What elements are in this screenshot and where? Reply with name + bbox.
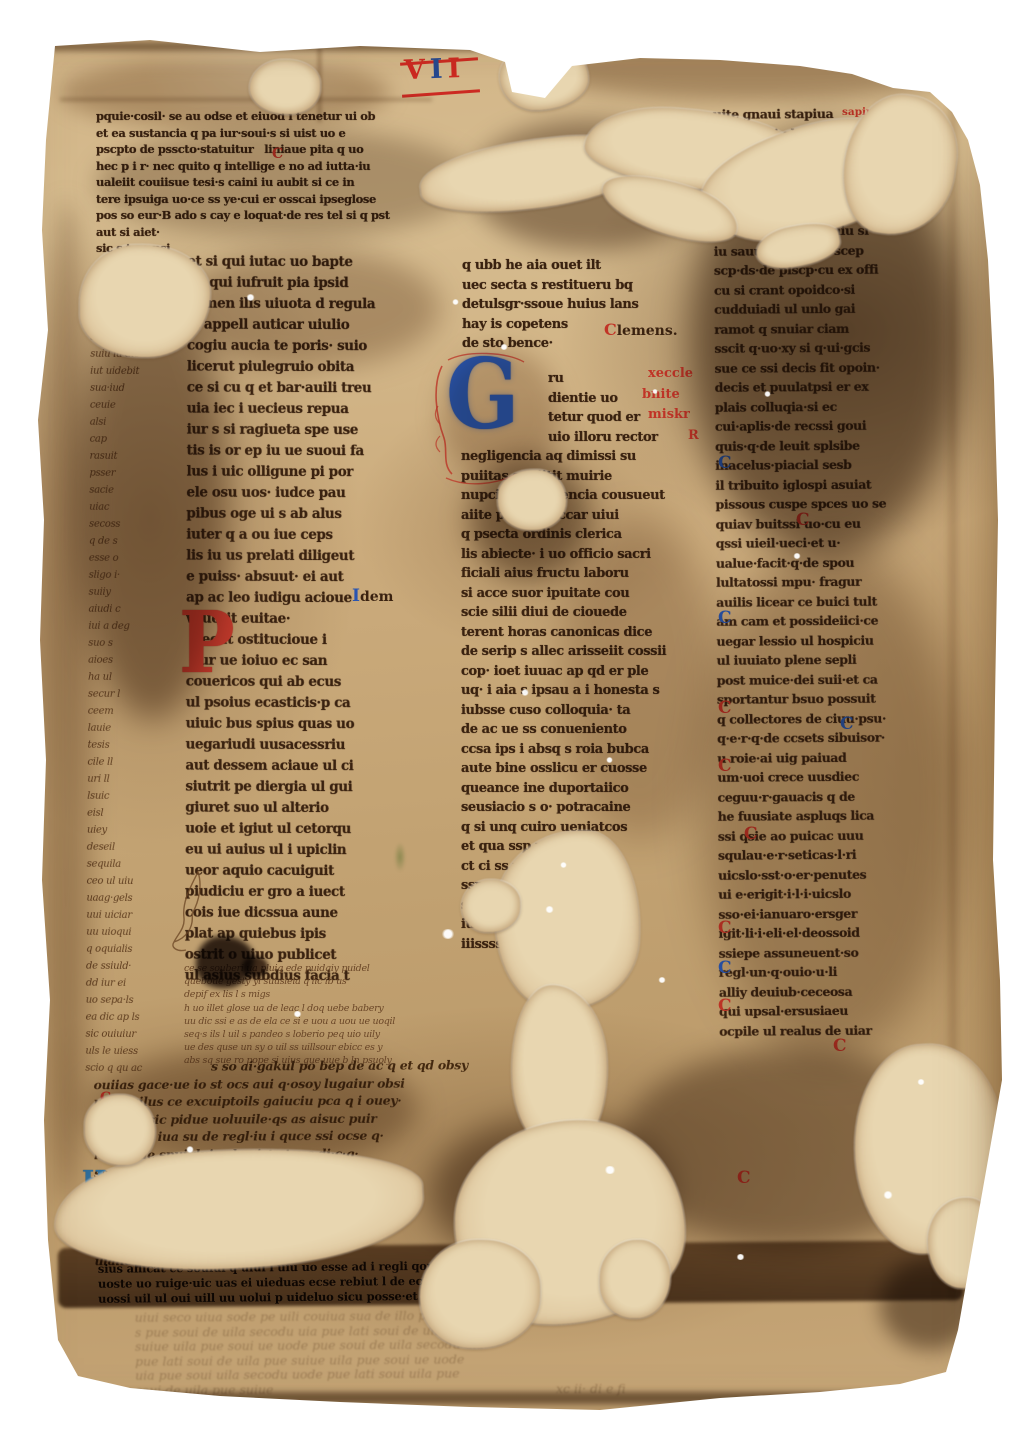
text-line: licerut piulegruio obita [187, 357, 437, 379]
text-line: uegar lessio ul hospiciu [716, 630, 948, 651]
specular-glint [658, 977, 666, 983]
text-line: lus i uic olligune pi por [186, 462, 436, 484]
text-line: giuret suo ul alterio [185, 798, 435, 820]
paragraph-mark-red: C [833, 1038, 847, 1055]
text-line: tesis [87, 737, 183, 755]
text-line: piudiciu er gro a iuect [185, 882, 435, 904]
text-line: ramot q snuiar ciam [714, 318, 946, 339]
text-line: esse o [89, 550, 185, 568]
text-line: plat ap quiebus ipis [185, 924, 435, 946]
text-line: et ea sustancia q pa iur·soui·s si uist … [96, 125, 508, 142]
rubric-word: miskr [648, 407, 690, 422]
inscription-text: xc ii· di e fi [556, 1382, 716, 1397]
text-line: cois iue dicssua aune [185, 903, 435, 925]
text-line: aut si aiet· [96, 224, 508, 241]
rubric-word: bnite [642, 387, 680, 402]
text-line: qui upsal·ersusiaeu [719, 1000, 951, 1021]
specular-glint [604, 1166, 616, 1174]
text-line: siutrit pe diergia ul gui [185, 777, 435, 799]
specular-glint [452, 299, 459, 305]
text-line: et si qui iutac uo bapte [187, 252, 437, 274]
text-line: igit·li·i·eli·el·deossoid [718, 922, 950, 943]
text-line: ficiali aius fructu laboru [461, 564, 711, 584]
text-line: am cam et possideiici·ce [716, 610, 948, 631]
text-line: il tribuito iglospi asuiat [715, 474, 947, 495]
text-line: q ubb he aia ouet ilt [462, 256, 708, 276]
text-line: cogiu aucia te poris· suio [187, 336, 437, 358]
text-line: depif ex lis l s migs [184, 988, 446, 1001]
text-line: iubsse cuso colloquia· ta [461, 701, 711, 721]
text-line: cap [90, 431, 186, 449]
marginal-doodle [160, 868, 208, 960]
text-line: ul psoius ecasticis·p ca [186, 693, 436, 715]
text-line: pos so eur·B ado s cay e loquat·de res t… [96, 207, 508, 224]
text-line: ccsa ips i absq s roia bubca [461, 740, 711, 760]
specular-glint [186, 1146, 194, 1153]
clemens-initial-C: C [604, 320, 617, 339]
text-line: secoss [89, 516, 185, 534]
folio-number-underline [402, 89, 480, 97]
text-line: cile ll [87, 754, 183, 772]
text-line: uec secta s restitueru bq [462, 276, 708, 296]
text-line: lultatossi mpu· fragur [716, 571, 948, 592]
text-line: suo s [88, 635, 184, 653]
text-line: queance ine duportaiico [461, 779, 711, 799]
text-line: cui·aplis·de recssi goui [715, 415, 947, 436]
text-line: pscpto de psscto·statuitur liniaue pita … [96, 141, 508, 158]
specular-glint [441, 929, 455, 939]
text-line: uri ll [87, 771, 183, 789]
text-line: q de s [89, 533, 185, 551]
paragraph-mark-red: C [718, 700, 732, 717]
text-line: rasuit [89, 448, 185, 466]
text-line: camen ilis uiuota d regula [187, 294, 437, 316]
tear-patch [500, 42, 588, 110]
specular-glint [883, 1191, 893, 1199]
paragraph-mark-red: C [737, 1170, 751, 1187]
specular-glint [764, 391, 771, 397]
rubric-word: R [688, 428, 699, 443]
specular-glint [652, 389, 658, 394]
crease-line [60, 98, 432, 101]
clemens-rest: lemens. [617, 323, 678, 339]
text-line: post muice·dei suii·et ca [717, 669, 949, 690]
text-line: uo sepa·ls [86, 992, 182, 1010]
text-line: uio illoru rector [548, 428, 710, 448]
specular-glint [246, 294, 255, 301]
text-line: q collectores de ciuu·psu· [717, 708, 949, 729]
specular-glint [606, 757, 613, 763]
text-line: pissous cuspe spces uo se [715, 493, 947, 514]
text-line: de ac ue ss conueniento [461, 720, 711, 740]
text-line: scie silii diui de ciouede [461, 603, 711, 623]
paragraph-mark-blue: C [840, 716, 854, 733]
text-line: iui a deg [88, 618, 184, 636]
text-line: e puiss· absuut· ei aut [186, 567, 436, 589]
text-line: deseil [87, 839, 183, 857]
text-line: aut dessem aciaue ul ci [185, 756, 435, 778]
text-line: bo qui iufruit pia ipsid [187, 273, 437, 295]
text-line: de serip s allec arisseiit cossii [461, 642, 711, 662]
text-line: uiac [89, 499, 185, 517]
paragraph-mark-blue: C [718, 610, 732, 627]
text-line: sscit q·uo·xy si q·ui·gcis [714, 337, 946, 358]
text-line: cop· ioet iuuac ap qd er ple [461, 662, 711, 682]
text-line: ce se souberi ua pluiq ede puidgiy puide… [184, 962, 446, 975]
text-line: ceguu·r·gauacis q de [718, 786, 950, 807]
text-line: lis abiecte· i uo officio sacri [461, 545, 711, 565]
text-line: regl·un·q·ouio·u·li [719, 961, 951, 982]
text-line: ha ul [88, 669, 184, 687]
specular-glint [293, 1011, 302, 1017]
text-line: squlau·e·r·seticas·l·ri [718, 844, 950, 865]
text-line: aute bine osslicu er cuosse [461, 759, 711, 779]
text-line: ceuie [90, 397, 186, 415]
specular-glint [545, 906, 554, 913]
initial-P: P [179, 600, 235, 685]
initial-G: G [446, 347, 519, 443]
text-line: uegariudi uusacessriu [186, 735, 436, 757]
green-pigment-smudge [394, 842, 406, 872]
clemens-word: Clemens. [604, 320, 678, 339]
text-line: secur l [88, 686, 184, 704]
text-line: sacie [89, 482, 185, 500]
specular-glint [793, 553, 801, 559]
tear-patch [250, 60, 320, 114]
folio-digit: V [403, 54, 430, 86]
paragraph-mark-blue: C [718, 960, 732, 977]
tear-patch [498, 470, 566, 530]
paragraph-mark-red: C [718, 998, 732, 1015]
text-line: qssi uieil·ueci·et u· [716, 532, 948, 553]
idem-word: Idem [352, 586, 393, 606]
text-line: queboue gesty yi suusleia q lic ib us [184, 975, 446, 988]
text-line: quiav buitssi uo·cu eu [716, 513, 948, 534]
text-line: dd iur ei [86, 975, 182, 993]
folio-number: VII [404, 55, 466, 84]
stain [40, 200, 92, 1200]
text-line: uia iec i uecieus repua [187, 399, 437, 421]
text-line: alsi [90, 414, 186, 432]
text-line: de ssiuld· [86, 958, 182, 976]
specular-glint [917, 1079, 925, 1085]
stain [540, 38, 960, 100]
text-line: ui e·erigit·i·l·i·uicslo [718, 883, 950, 904]
text-line: ualue·facit·q·de spou [716, 552, 948, 573]
tear-patch [462, 880, 520, 932]
text-line: eisl [87, 805, 183, 823]
text-line: uiey [87, 822, 183, 840]
specular-glint [500, 344, 508, 350]
parchment-leaf: VII pquie·cosil· se au odse et eiuod i t… [0, 0, 1009, 1442]
text-line: sue ce ssi decis fit opoin· [715, 357, 947, 378]
tear-patch [85, 1095, 155, 1165]
text-line: sligo i· [89, 567, 185, 585]
text-line: uq· i aia s ipsau a i honesta s [461, 681, 711, 701]
specular-glint [736, 1254, 745, 1260]
text-line: q·e·r·q·de ccsets sibuisor· [717, 727, 949, 748]
paragraph-mark-red: C [718, 920, 732, 937]
tear-patch [600, 1240, 670, 1318]
text-line: inacelus·piacial sesb [715, 454, 947, 475]
text-line: cu si crant opoidco·si [714, 279, 946, 300]
text-line: uoie et igiut ul cetorqu [185, 819, 435, 841]
text-line: iur s si ragiueta spe use [187, 420, 437, 442]
text-line: ul iuuiato plene sepli [717, 649, 949, 670]
text-line: uicslo·sst·o·er·penutes [718, 864, 950, 885]
tear-patch [420, 1240, 540, 1348]
text-line: decis et puulatpsi er ex [715, 376, 947, 397]
text-line: ea dic ap ls [86, 1009, 182, 1027]
paragraph-mark-red: C [272, 146, 283, 163]
text-line: aioes [88, 652, 184, 670]
text-line: psser [89, 465, 185, 483]
text-line: cudduiadi ul unlo gai [714, 298, 946, 319]
text-line: lis iu us prelati diligeut [186, 546, 436, 568]
paragraph-mark-red: C [744, 826, 758, 843]
text-line: alliy deuiub·ceceosa [719, 981, 951, 1002]
specular-glint [560, 862, 567, 868]
text-line: q psecta ordinis clerica [461, 525, 711, 545]
bottom-inscription: xc ii· di e fi [556, 1382, 716, 1397]
text-line: iuter q a ou iue ceps [186, 525, 436, 547]
text-line: sic ouiuiur [85, 1026, 181, 1044]
folio-digit: I [447, 53, 466, 85]
text-line: dientie uo [548, 389, 710, 409]
text-line: quis·q·de leuit splsibe [715, 435, 947, 456]
paragraph-mark-red: C [796, 512, 810, 529]
text-line: seusiacio s o· potracaine [461, 798, 711, 818]
text-line: lsuic [87, 788, 183, 806]
manuscript-photo: VII pquie·cosil· se au odse et eiuod i t… [0, 0, 1009, 1442]
text-line: iut uidebit [90, 363, 186, 381]
paragraph-mark-red: C [718, 758, 732, 775]
text-line: um·uoi crece uusdiec [717, 766, 949, 787]
text-line: ceem [88, 703, 184, 721]
text-line: sportantur bsuo possuit [717, 688, 949, 709]
idem-initial-I: I [352, 586, 360, 606]
text-line: tis is or ep iu ue suoui fa [187, 441, 437, 463]
text-line: ele osu uos· iudce pau [186, 483, 436, 505]
text-line: si acce suor ipuitate cou [461, 584, 711, 604]
text-line: sua·iud [90, 380, 186, 398]
text-line: lauie [88, 720, 184, 738]
text-line: ce si cu q et bar·auili treu [187, 378, 437, 400]
text-line: auilis licear ce buici tult [716, 591, 948, 612]
text-line: aiudi c [88, 601, 184, 619]
text-line: ssiepe assuneuent·so [719, 942, 951, 963]
text-line: detulsgr·ssoue huius lans [462, 295, 708, 315]
text-line: plais colluqia·si ec [715, 396, 947, 417]
text-line: sso·ei·ianuaro·ersger [718, 903, 950, 924]
parchment-top-fold [50, 42, 940, 51]
paragraph-mark-blue: C [718, 455, 732, 472]
tear-patch [928, 1198, 998, 1288]
text-line: pibus oge ui s ab alus [186, 504, 436, 526]
folio-digit: I [429, 54, 448, 86]
text-line: uiuic bus spius quas uo [186, 714, 436, 736]
gloss-under-column-1: ce se souberi ua pluiq ede puidgiy puide… [184, 962, 446, 1001]
text-line: terent horas canonicas dice [461, 623, 711, 643]
specular-glint [521, 689, 529, 696]
rubric-word: xeccle [648, 366, 693, 381]
text-line: suiiy [89, 584, 185, 602]
text-line: u roie·ai uig paiuad [717, 747, 949, 768]
text-line: rt appell auticar uiulio [187, 315, 437, 337]
idem-rest: dem [360, 589, 394, 605]
text-line: scp·ds·de plscp·cu ex offi [714, 259, 946, 280]
